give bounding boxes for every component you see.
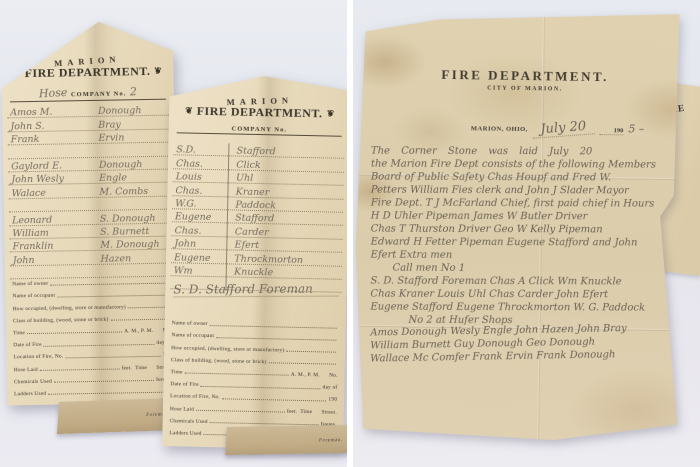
- handwritten-last-name: Donough: [98, 105, 142, 117]
- field-label: Name of occupant: [171, 333, 214, 340]
- field-label: Date of Fire: [170, 381, 199, 388]
- handwritten-last-name: Stafford: [236, 146, 275, 158]
- handwritten-last-name: Efert: [234, 240, 259, 252]
- field-label: Time: [13, 330, 25, 336]
- handwritten-first-name: Gaylord E.: [11, 160, 62, 172]
- field-label: Date of Fire: [13, 342, 42, 348]
- handwritten-first-name: Frank: [11, 134, 40, 145]
- handwritten-first-name: Chas.: [175, 225, 202, 237]
- handwritten-first-name: Chas.: [176, 158, 203, 170]
- field-suffix: feet. Time Street.: [287, 408, 337, 415]
- handwritten-last-name: M. Combs: [99, 186, 148, 198]
- foreman-label: Foreman.: [319, 438, 343, 443]
- field-label: Ladders Used: [169, 430, 201, 437]
- folded-flap: Foreman.: [57, 398, 179, 434]
- form-paper: MARION ❦ FIRE DEPARTMENT. ❦ COMPANY No. …: [162, 74, 347, 450]
- handwritten-company-type: Hose: [38, 86, 67, 100]
- handwritten-last-name: Engle: [99, 173, 127, 184]
- masthead-title: ❦ FIRE DEPARTMENT. ❦: [1, 64, 173, 82]
- blank-report-fields: Name of owner Name of occupant How occup…: [12, 273, 172, 398]
- dotted-leader: [128, 307, 169, 309]
- handwritten-first-name: Franklin: [12, 241, 53, 253]
- dateline-city: MARION, OHIO,: [471, 125, 528, 133]
- folded-flap: Foreman.: [225, 425, 347, 455]
- field-label: Location of Fire, No.: [170, 394, 220, 401]
- field-label: Name of occupant: [12, 293, 55, 300]
- handwritten-last-name: Uhl: [236, 173, 253, 184]
- handwritten-year-digit: 5 –: [628, 122, 644, 135]
- letter-wrapper: FIRE DEPARTMENT. CITY OF MARION. MARION,…: [353, 10, 693, 447]
- field-label: Hose Laid: [14, 366, 38, 372]
- handwritten-last-name: Hazen: [100, 253, 131, 265]
- handwritten-first-name: Eugene: [174, 252, 211, 264]
- field-suffix: A. M., P. M. No.: [291, 372, 338, 379]
- handwritten-first-name: Chas.: [175, 185, 202, 197]
- letter-line: Edward H Fetter Pipeman Eugene Stafford …: [371, 237, 682, 251]
- dateline: MARION, OHIO, July 20 190 5 –: [471, 119, 645, 137]
- handwritten-foreman-signature: S. D. Stafford Foreman: [173, 282, 338, 298]
- handwritten-last-name: Click: [236, 159, 261, 171]
- field-label: Chemicals Used: [170, 418, 208, 425]
- handwritten-last-name: S. Burnett: [100, 226, 149, 238]
- field-suffix: day of: [322, 385, 337, 391]
- company-line: COMPANY No.: [177, 124, 342, 136]
- handwritten-first-name: William: [12, 228, 49, 240]
- letter-line: Chas T Thurston Driver Geo W Kelly Pipem…: [371, 224, 682, 238]
- handwritten-first-name: John S.: [10, 121, 44, 133]
- handwritten-first-name: Amos M.: [10, 107, 52, 119]
- company-number-label: COMPANY No.: [231, 125, 287, 133]
- handwritten-last-name: Paddock: [235, 200, 276, 212]
- handwritten-last-name: Carder: [235, 226, 269, 238]
- letter-line: S. D. Stafford Foreman Chas A Click Wm K…: [370, 276, 681, 290]
- field-label: Name of owner: [172, 320, 208, 327]
- letter-line: Efert Extra men: [371, 250, 682, 264]
- fleuron-ornament-icon: ❦: [154, 66, 162, 77]
- handwritten-last-name: Bray: [98, 119, 121, 130]
- handwritten-first-name: S.D.: [176, 145, 196, 156]
- fleuron-ornament-icon: ❦: [326, 108, 334, 119]
- letter-line: Call men No 1: [393, 263, 682, 277]
- letter-line: Petters William Fies clerk and John J Sl…: [371, 185, 682, 199]
- letter-line: Eugene Stafford Eugene Throckmorton W. G…: [370, 302, 681, 316]
- field-label: Time: [171, 369, 183, 375]
- letterhead-title: FIRE DEPARTMENT.: [358, 66, 692, 87]
- handwritten-first-name: Wm: [174, 265, 193, 276]
- letter-line: the Marion Fire Dept consists of the fol…: [371, 159, 682, 173]
- letter-body: The Corner Stone was laid July 20the Mar…: [370, 146, 682, 368]
- handwritten-date: July 20: [532, 118, 595, 138]
- handwritten-first-name: Leonard: [12, 214, 52, 226]
- photo-collage: MARION ❦ FIRE DEPARTMENT. ❦ Hose COMPANY…: [0, 0, 700, 467]
- stafford-company-report-form: MARION ❦ FIRE DEPARTMENT. ❦ COMPANY No. …: [162, 74, 347, 450]
- letter-paper: FIRE DEPARTMENT. CITY OF MARION. MARION,…: [353, 10, 693, 447]
- field-label: Location of Fire, No.: [13, 354, 63, 361]
- handwritten-last-name: Stafford: [235, 213, 274, 225]
- handwritten-last-name: Ervin: [98, 133, 124, 144]
- handwritten-first-name: John: [13, 255, 35, 266]
- photo-right-letter: ❦ FIRE HoAmoJohFraGayJul FIRE DEPARTMENT…: [353, 0, 700, 467]
- handwritten-first-name: W.G.: [175, 198, 197, 209]
- handwritten-last-name: Knuckle: [234, 266, 273, 278]
- handwritten-first-name: Walace: [12, 188, 46, 200]
- form-paper: MARION ❦ FIRE DEPARTMENT. ❦ Hose COMPANY…: [1, 21, 180, 406]
- field-label: Ladders Used: [14, 391, 46, 398]
- handwritten-last-name: Kraner: [236, 186, 270, 198]
- letter-line: Fire Dept. T J McFarland Chief, first pa…: [371, 198, 682, 212]
- roster-list: Amos M. Donough John S. Bray Frank Ervin…: [7, 103, 172, 280]
- field-label: Name of owner: [12, 281, 48, 288]
- letter-line: H D Uhler Pipeman James W Butler Driver: [371, 211, 682, 225]
- field-label: Hose Laid: [170, 406, 194, 413]
- letter-line: Chas Kraner Louis Uhl Chas Carder John E…: [370, 289, 681, 303]
- form-masthead: MARION ❦ FIRE DEPARTMENT. ❦: [169, 94, 347, 122]
- handwritten-first-name: Louis: [176, 171, 202, 183]
- roster-list: S.D. Stafford Chas. Click Louis Uhl Chas…: [170, 142, 344, 293]
- handwritten-company-number: 2: [130, 85, 138, 98]
- hose-company-report-form: MARION ❦ FIRE DEPARTMENT. ❦ Hose COMPANY…: [1, 21, 180, 406]
- dateline-year-printed: 190: [599, 127, 623, 135]
- fleuron-ornament-icon: ❦: [13, 68, 21, 79]
- photo-left-forms: MARION ❦ FIRE DEPARTMENT. ❦ Hose COMPANY…: [0, 0, 347, 467]
- handwritten-last-name: Donough: [99, 159, 143, 171]
- letter-line: Board of Public Safety Chas Houpf and Fr…: [371, 172, 682, 186]
- dotted-leader: [48, 392, 170, 395]
- blank-report-fields: Name of owner Name of occupant How occup…: [169, 314, 339, 439]
- company-line: Hose COMPANY No. 2: [10, 85, 166, 103]
- fleuron-ornament-icon: ❦: [185, 105, 193, 116]
- handwritten-first-name: John Wesly: [11, 174, 64, 186]
- handwritten-first-name: Eugene: [175, 212, 212, 224]
- field-label: Chemicals Used: [14, 378, 52, 385]
- letter-line: The Corner Stone was laid July 20: [371, 146, 682, 160]
- company-number-label: COMPANY No.: [71, 90, 127, 98]
- form-masthead: MARION ❦ FIRE DEPARTMENT. ❦: [1, 55, 173, 82]
- field-suffix: 190: [328, 397, 337, 403]
- handwritten-first-name: John: [174, 238, 196, 249]
